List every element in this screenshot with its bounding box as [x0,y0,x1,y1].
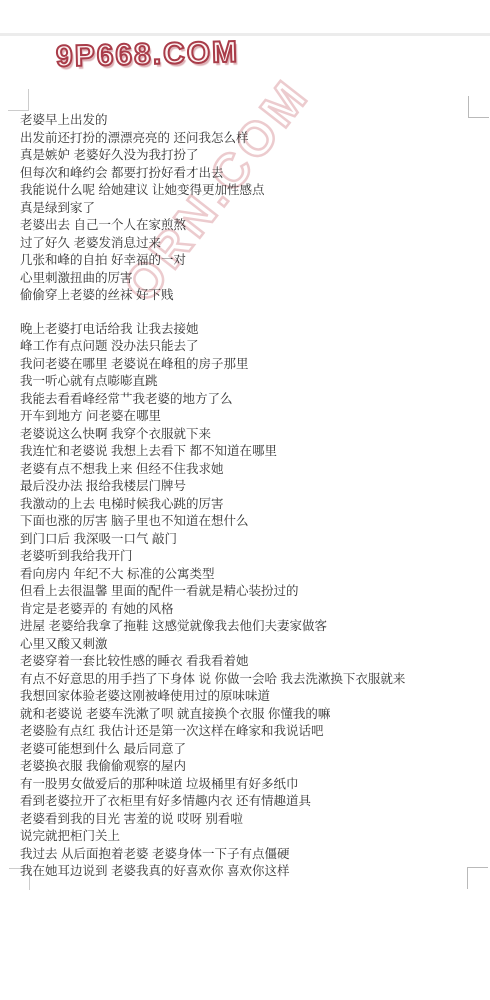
text-line: 肯定是老婆弄的 有她的风格 [20,601,475,619]
text-line: 我过去 从后面抱着老婆 老婆身体一下子有点僵硬 [20,846,475,864]
paragraph: 晚上老婆打电话给我 让我去接她峰工作有点问题 没办法只能去了我问老婆在哪里 老婆… [20,321,475,881]
site-logo-watermark: 9P668.COM [56,36,240,75]
text-line: 我连忙和老婆说 我想上去看下 都不知道在哪里 [20,443,475,461]
text-line: 开车到地方 问老婆在哪里 [20,408,475,426]
text-line: 但每次和峰约会 都要打扮好看才出去 [20,165,475,183]
text-line: 就和老婆说 老婆车洗漱了呗 就直接换个衣服 你懂我的嘛 [20,706,475,724]
text-line: 我在她耳边说到 老婆我真的好喜欢你 喜欢你这样 [20,863,475,881]
text-line: 老婆换衣服 我偷偷观察的屋内 [20,758,475,776]
text-line: 进屋 老婆给我拿了拖鞋 这感觉就像我去他们夫妻家做客 [20,618,475,636]
text-line: 心里刺激扭曲的厉害 [20,270,475,288]
text-line: 到门口后 我深吸一口气 敲门 [20,531,475,549]
text-line: 几张和峰的自拍 好幸福的一对 [20,252,475,270]
text-line: 偷偷穿上老婆的丝袜 好下贱 [20,287,475,305]
text-line: 老婆有点不想我上来 但经不住我求她 [20,461,475,479]
text-line: 下面也涨的厉害 脑子里也不知道在想什么 [20,513,475,531]
text-line: 晚上老婆打电话给我 让我去接她 [20,321,475,339]
text-line: 有点不好意思的用手挡了下身体 说 你做一会哈 我去洗漱换下衣服就来 [20,671,475,689]
text-line: 我激动的上去 电梯时候我心跳的厉害 [20,496,475,514]
text-line: 老婆可能想到什么 最后同意了 [20,741,475,759]
text-line: 我一听心就有点嘭嘭直跳 [20,373,475,391]
document-page: 9P668.COM ORN.COM 老婆早上出发的出发前还打扮的漂漂亮亮的 还问… [0,0,490,1000]
text-line: 看向房内 年纪不大 标准的公寓类型 [20,566,475,584]
text-line: 我想回家体验老婆这刚被峰使用过的原味味道 [20,688,475,706]
top-divider [0,33,490,36]
text-line: 我能去看看峰经常艹我老婆的地方了么 [20,391,475,409]
text-line: 我问老婆在哪里 老婆说在峰租的房子那里 [20,356,475,374]
text-line: 真是绿到家了 [20,200,475,218]
text-line: 看到老婆拉开了衣柜里有好多情趣内衣 还有情趣道具 [20,793,475,811]
text-line: 但看上去很温馨 里面的配件一看就是精心装扮过的 [20,583,475,601]
text-line: 老婆听到我给我开门 [20,548,475,566]
text-line: 老婆早上出发的 [20,112,475,130]
text-line: 老婆说这么快啊 我穿个衣服就下来 [20,426,475,444]
text-line: 老婆脸有点红 我估计还是第一次这样在峰家和我说话吧 [20,723,475,741]
text-line: 老婆出去 自己一个人在家煎熬 [20,217,475,235]
text-line: 过了好久 老婆发消息过来 [20,235,475,253]
text-line: 老婆看到我的目光 害羞的说 哎呀 别看啦 [20,811,475,829]
story-text: 老婆早上出发的出发前还打扮的漂漂亮亮的 还问我怎么样真是嫉妒 老婆好久没为我打扮… [20,112,475,881]
text-line: 出发前还打扮的漂漂亮亮的 还问我怎么样 [20,130,475,148]
text-line: 真是嫉妒 老婆好久没为我打扮了 [20,147,475,165]
text-line: 我能说什么呢 给她建议 让她变得更加性感点 [20,182,475,200]
text-line: 有一股男女做爱后的那种味道 垃圾桶里有好多纸巾 [20,776,475,794]
text-line: 峰工作有点问题 没办法只能去了 [20,338,475,356]
text-line: 说完就把柜门关上 [20,828,475,846]
text-line: 老婆穿着一套比较性感的睡衣 看我看着她 [20,653,475,671]
paragraph: 老婆早上出发的出发前还打扮的漂漂亮亮的 还问我怎么样真是嫉妒 老婆好久没为我打扮… [20,112,475,305]
crop-mark-top-left [8,89,29,111]
text-line: 最后没办法 报给我楼层门牌号 [20,478,475,496]
text-line: 心里又酸又刺激 [20,636,475,654]
